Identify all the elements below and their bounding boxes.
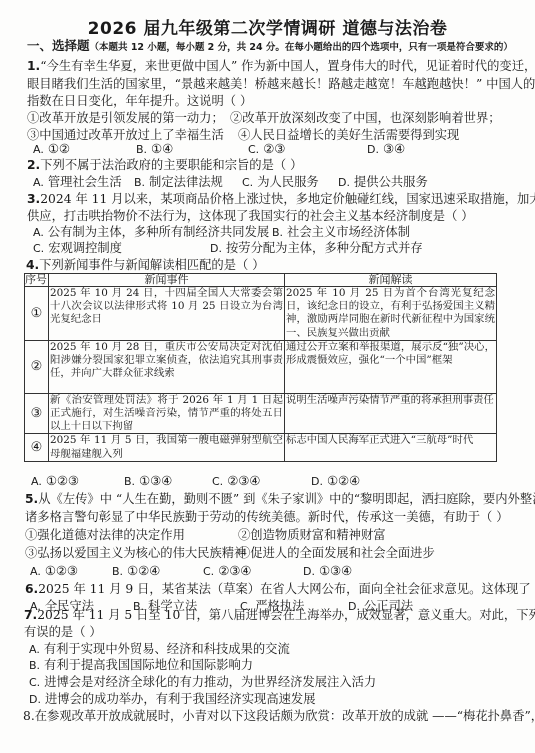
- section-heading: 一、选择题（本题共 12 小题，每小题 2 分，共 24 分。在每小题给出的四个…: [27, 38, 513, 56]
- statement: ①改革开放是引领发展的第一动力；: [27, 110, 224, 126]
- option-c[interactable]: C.宏观调控制度: [33, 240, 122, 257]
- option-b[interactable]: B.①③④: [124, 473, 172, 490]
- row-seq: ①: [25, 287, 49, 341]
- column-header: 新闻解读: [285, 274, 497, 287]
- news-reading: 说明生活噪声污染情节严重的将承担刑事责任: [285, 393, 497, 434]
- option-c[interactable]: C.②③: [248, 141, 285, 158]
- table-row: ③ 新《治安管理处罚法》将于 2026 年 1 月 1 日起正式施行，对生活噪音…: [25, 393, 497, 434]
- news-reading: 标志中国人民海军正式进入“三航母”时代: [285, 434, 497, 461]
- column-header: 新闻事件: [49, 274, 285, 287]
- option-b[interactable]: B.社会主义市场经济体制: [272, 224, 410, 241]
- option-d[interactable]: D.按劳分配为主体，多种分配方式并存: [210, 240, 423, 257]
- option-d[interactable]: D.③④: [367, 141, 405, 158]
- question-number: 1.: [27, 59, 40, 73]
- news-event: 2025 年 10 月 28 日，重庆市公安局决定对沈伯阳涉嫌分裂国家犯罪立案侦…: [49, 340, 285, 393]
- table-row: ② 2025 年 10 月 28 日，重庆市公安局决定对沈伯阳涉嫌分裂国家犯罪立…: [25, 340, 497, 393]
- question-number: 7.: [24, 608, 37, 622]
- statement: ①强化道德对法律的决定作用: [25, 527, 185, 543]
- news-event: 2025 年 10 月 24 日，十四届全国人大常委会第十八次会议以法律形式将 …: [49, 287, 285, 341]
- question-number: 6.: [25, 582, 38, 596]
- question-line: 3.2024 年 11 月以来，某项商品价格上涨过快，多地定价触碰红线，国家迅速…: [27, 191, 535, 207]
- row-seq: ④: [25, 434, 49, 461]
- question-line: 8.在参观改革开放成就展时，小青对以下这段话颇为欣赏：改革开放的成就 ——“梅花…: [23, 708, 535, 724]
- exam-title: 2026 届九年级第二次学情调研 道德与法治卷: [0, 14, 535, 39]
- question-number: 8.: [23, 709, 35, 723]
- option-d[interactable]: D.进博会的成功举办，有利于我国经济实现高速发展: [29, 691, 316, 708]
- option-a[interactable]: A.①②: [33, 141, 70, 158]
- table-header-row: 序号 新闻事件 新闻解读: [25, 274, 497, 287]
- table-row: ④ 2025 年 11 月 5 日，我国第一艘电磁弹射型航空母舰福建舰入列 标志…: [25, 434, 497, 461]
- option-a[interactable]: A.①②③: [31, 473, 79, 490]
- option-d[interactable]: D.①②④: [311, 473, 360, 490]
- news-event: 新《治安管理处罚法》将于 2026 年 1 月 1 日起正式施行，对生活噪音污染…: [49, 393, 285, 434]
- option-a[interactable]: A.管理社会生活: [33, 174, 122, 191]
- option-c[interactable]: C.②③④: [212, 473, 260, 490]
- question-line: 诸多格言警句彰显了中华民族勤于劳动的传统美德。新时代，传承这一美德，有助于（ ）: [25, 509, 509, 525]
- option-b[interactable]: B.①②④: [112, 563, 160, 580]
- statement: ②创造物质财富和精神财富: [238, 527, 386, 543]
- option-a[interactable]: A.公有制为主体，多种所有制经济共同发展: [33, 224, 269, 241]
- question-line: 1.“今生有幸生华夏，来世更做中国人” 作为新中国人，置身伟大的时代，见证着时代…: [27, 58, 535, 74]
- column-header: 序号: [25, 274, 49, 287]
- option-d[interactable]: D.①③④: [303, 563, 352, 580]
- question-line: 4.下列新闻事件与新闻解读相匹配的是（ ）: [26, 257, 265, 273]
- statement: ③弘扬以爱国主义为核心的伟大民族精神: [25, 545, 246, 561]
- news-event: 2025 年 11 月 5 日，我国第一艘电磁弹射型航空母舰福建舰入列: [49, 434, 285, 461]
- question-number: 4.: [26, 258, 39, 272]
- question-line: 6.2025 年 11 月 9 日，某省某法（草案）在省人大网公布，面向全社会征…: [25, 581, 535, 597]
- statement: ④促进人的全面发展和社会全面进步: [238, 545, 435, 561]
- table-row: ① 2025 年 10 月 24 日，十四届全国人大常委会第十八次会议以法律形式…: [25, 287, 497, 341]
- question-line: 2.下列不属于法治政府的主要职能和宗旨的是（ ）: [27, 157, 302, 173]
- option-a[interactable]: A.①②③: [30, 563, 78, 580]
- row-seq: ③: [25, 393, 49, 434]
- news-reading: 通过公开立案和举报渠道，展示反“独”决心，形成震慑效应，强化“一个中国”框架: [285, 340, 497, 393]
- question-line: 眼目睹我们生活的国家里，“景越来越美！桥越来越长！路越走越宽！车越跑越快！” 中…: [27, 76, 535, 92]
- question-number: 5.: [25, 492, 38, 506]
- option-b[interactable]: B.制定法律法规: [134, 174, 223, 191]
- section-title: 一、选择题: [27, 38, 90, 53]
- question-line: 5.从《左传》中 “人生在勤，勤则不匮” 到《朱子家训》中的“黎明即起，洒扫庭除…: [25, 491, 535, 507]
- question-number: 2.: [27, 158, 40, 172]
- option-b[interactable]: B.①④: [136, 141, 173, 158]
- option-d[interactable]: D.提供公共服务: [338, 174, 428, 191]
- row-seq: ②: [25, 340, 49, 393]
- option-c[interactable]: C.进博会是对经济全球化的有力推动，为世界经济发展注入活力: [29, 674, 376, 691]
- news-reading: 2025 年 10 月 25 日为首个台湾光复纪念日，该纪念日的设立，有利于弘扬…: [285, 287, 497, 341]
- option-b[interactable]: B.有利于提高我国国际地位和国际影响力: [29, 657, 253, 674]
- question-line: 7.2025 年 11 月 5 日至 10 日，第八届进博会在上海举办，成效显著…: [24, 607, 535, 623]
- option-c[interactable]: C.为人民服务: [242, 174, 319, 191]
- option-a[interactable]: A.有利于实现中外贸易、经济和科技成果的交流: [29, 641, 290, 658]
- statement: ②改革开放深刻改变了中国，也深刻影响着世界；: [230, 110, 501, 126]
- question-number: 3.: [27, 192, 40, 206]
- question-line: 指数在日日变化，年年提升。这说明（ ）: [27, 93, 252, 109]
- section-note: （本题共 12 小题，每小题 2 分，共 24 分。在每小题给出的四个选项中，只…: [90, 42, 513, 53]
- option-c[interactable]: C.②③④: [203, 563, 251, 580]
- news-table: 序号 新闻事件 新闻解读 ① 2025 年 10 月 24 日，十四届全国人大常…: [24, 273, 497, 462]
- question-line: 供应，打击哄抬物价不法行为，这体现了我国实行的社会主义基本经济制度是（ ）: [27, 208, 474, 224]
- question-line: 有误的是（ ）: [24, 624, 102, 640]
